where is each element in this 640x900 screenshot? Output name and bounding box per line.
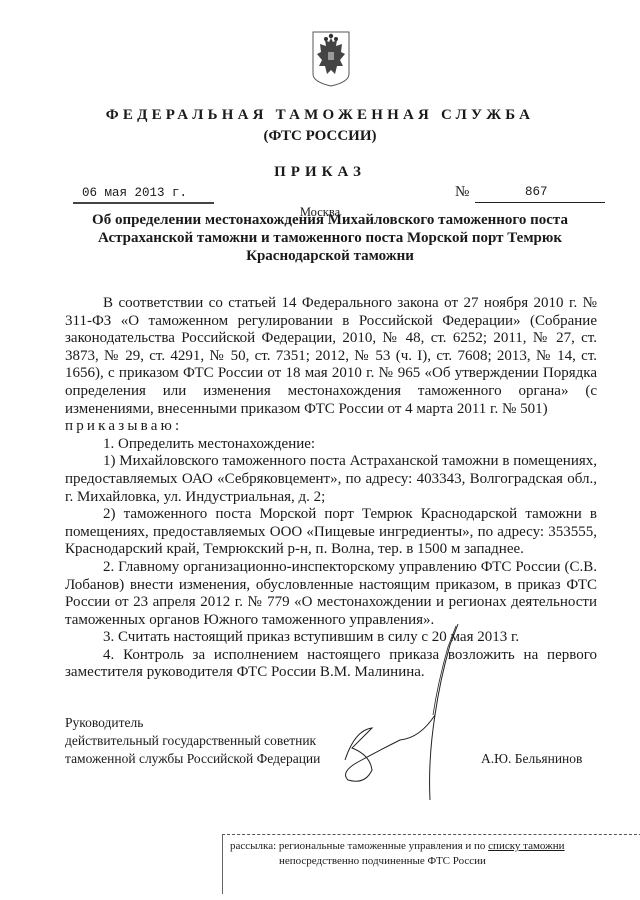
agency-name: ФЕДЕРАЛЬНАЯ ТАМОЖЕННАЯ СЛУЖБА — [0, 106, 640, 124]
preamble: В соответствии со статьей 14 Федеральног… — [65, 295, 597, 418]
mailing-list: рассылка: региональные таможенные управл… — [222, 834, 640, 894]
mailing-line-1: рассылка: региональные таможенные управл… — [230, 839, 640, 854]
signatory-position: Руководитель действительный государствен… — [65, 714, 320, 768]
number-label: № — [455, 183, 469, 201]
mailing-label: рассылка: — [230, 840, 276, 852]
mailing-underlined: списку таможни — [488, 840, 564, 852]
order-item: 1. Определить местонахождение: — [65, 436, 597, 454]
title-line: Краснодарской таможни — [60, 247, 600, 265]
order-item: 2) таможенного поста Морской порт Темрюк… — [65, 506, 597, 559]
order-number: 867 — [475, 185, 605, 203]
title-line: Об определении местонахождения Михайловс… — [60, 211, 600, 229]
order-date: 06 мая 2013 г. — [73, 186, 214, 204]
handwritten-signature-icon — [300, 600, 500, 820]
mailing-text: региональные таможенные управления и по — [276, 840, 488, 852]
document-type: ПРИКАЗ — [0, 163, 640, 181]
title-line: Астраханской таможни и таможенного поста… — [60, 229, 600, 247]
position-line: действительный государственный советник — [65, 732, 320, 750]
russian-coat-of-arms-icon — [311, 30, 351, 88]
mailing-line-2: непосредственно подчиненные ФТС России — [230, 854, 640, 869]
position-line: таможенной службы Российской Федерации — [65, 750, 320, 768]
agency-short-name: (ФТС РОССИИ) — [0, 127, 640, 145]
order-title: Об определении местонахождения Михайловс… — [60, 211, 600, 265]
position-line: Руководитель — [65, 714, 320, 732]
order-item: 1) Михайловского таможенного поста Астра… — [65, 453, 597, 506]
order-word: приказываю: — [65, 418, 597, 436]
